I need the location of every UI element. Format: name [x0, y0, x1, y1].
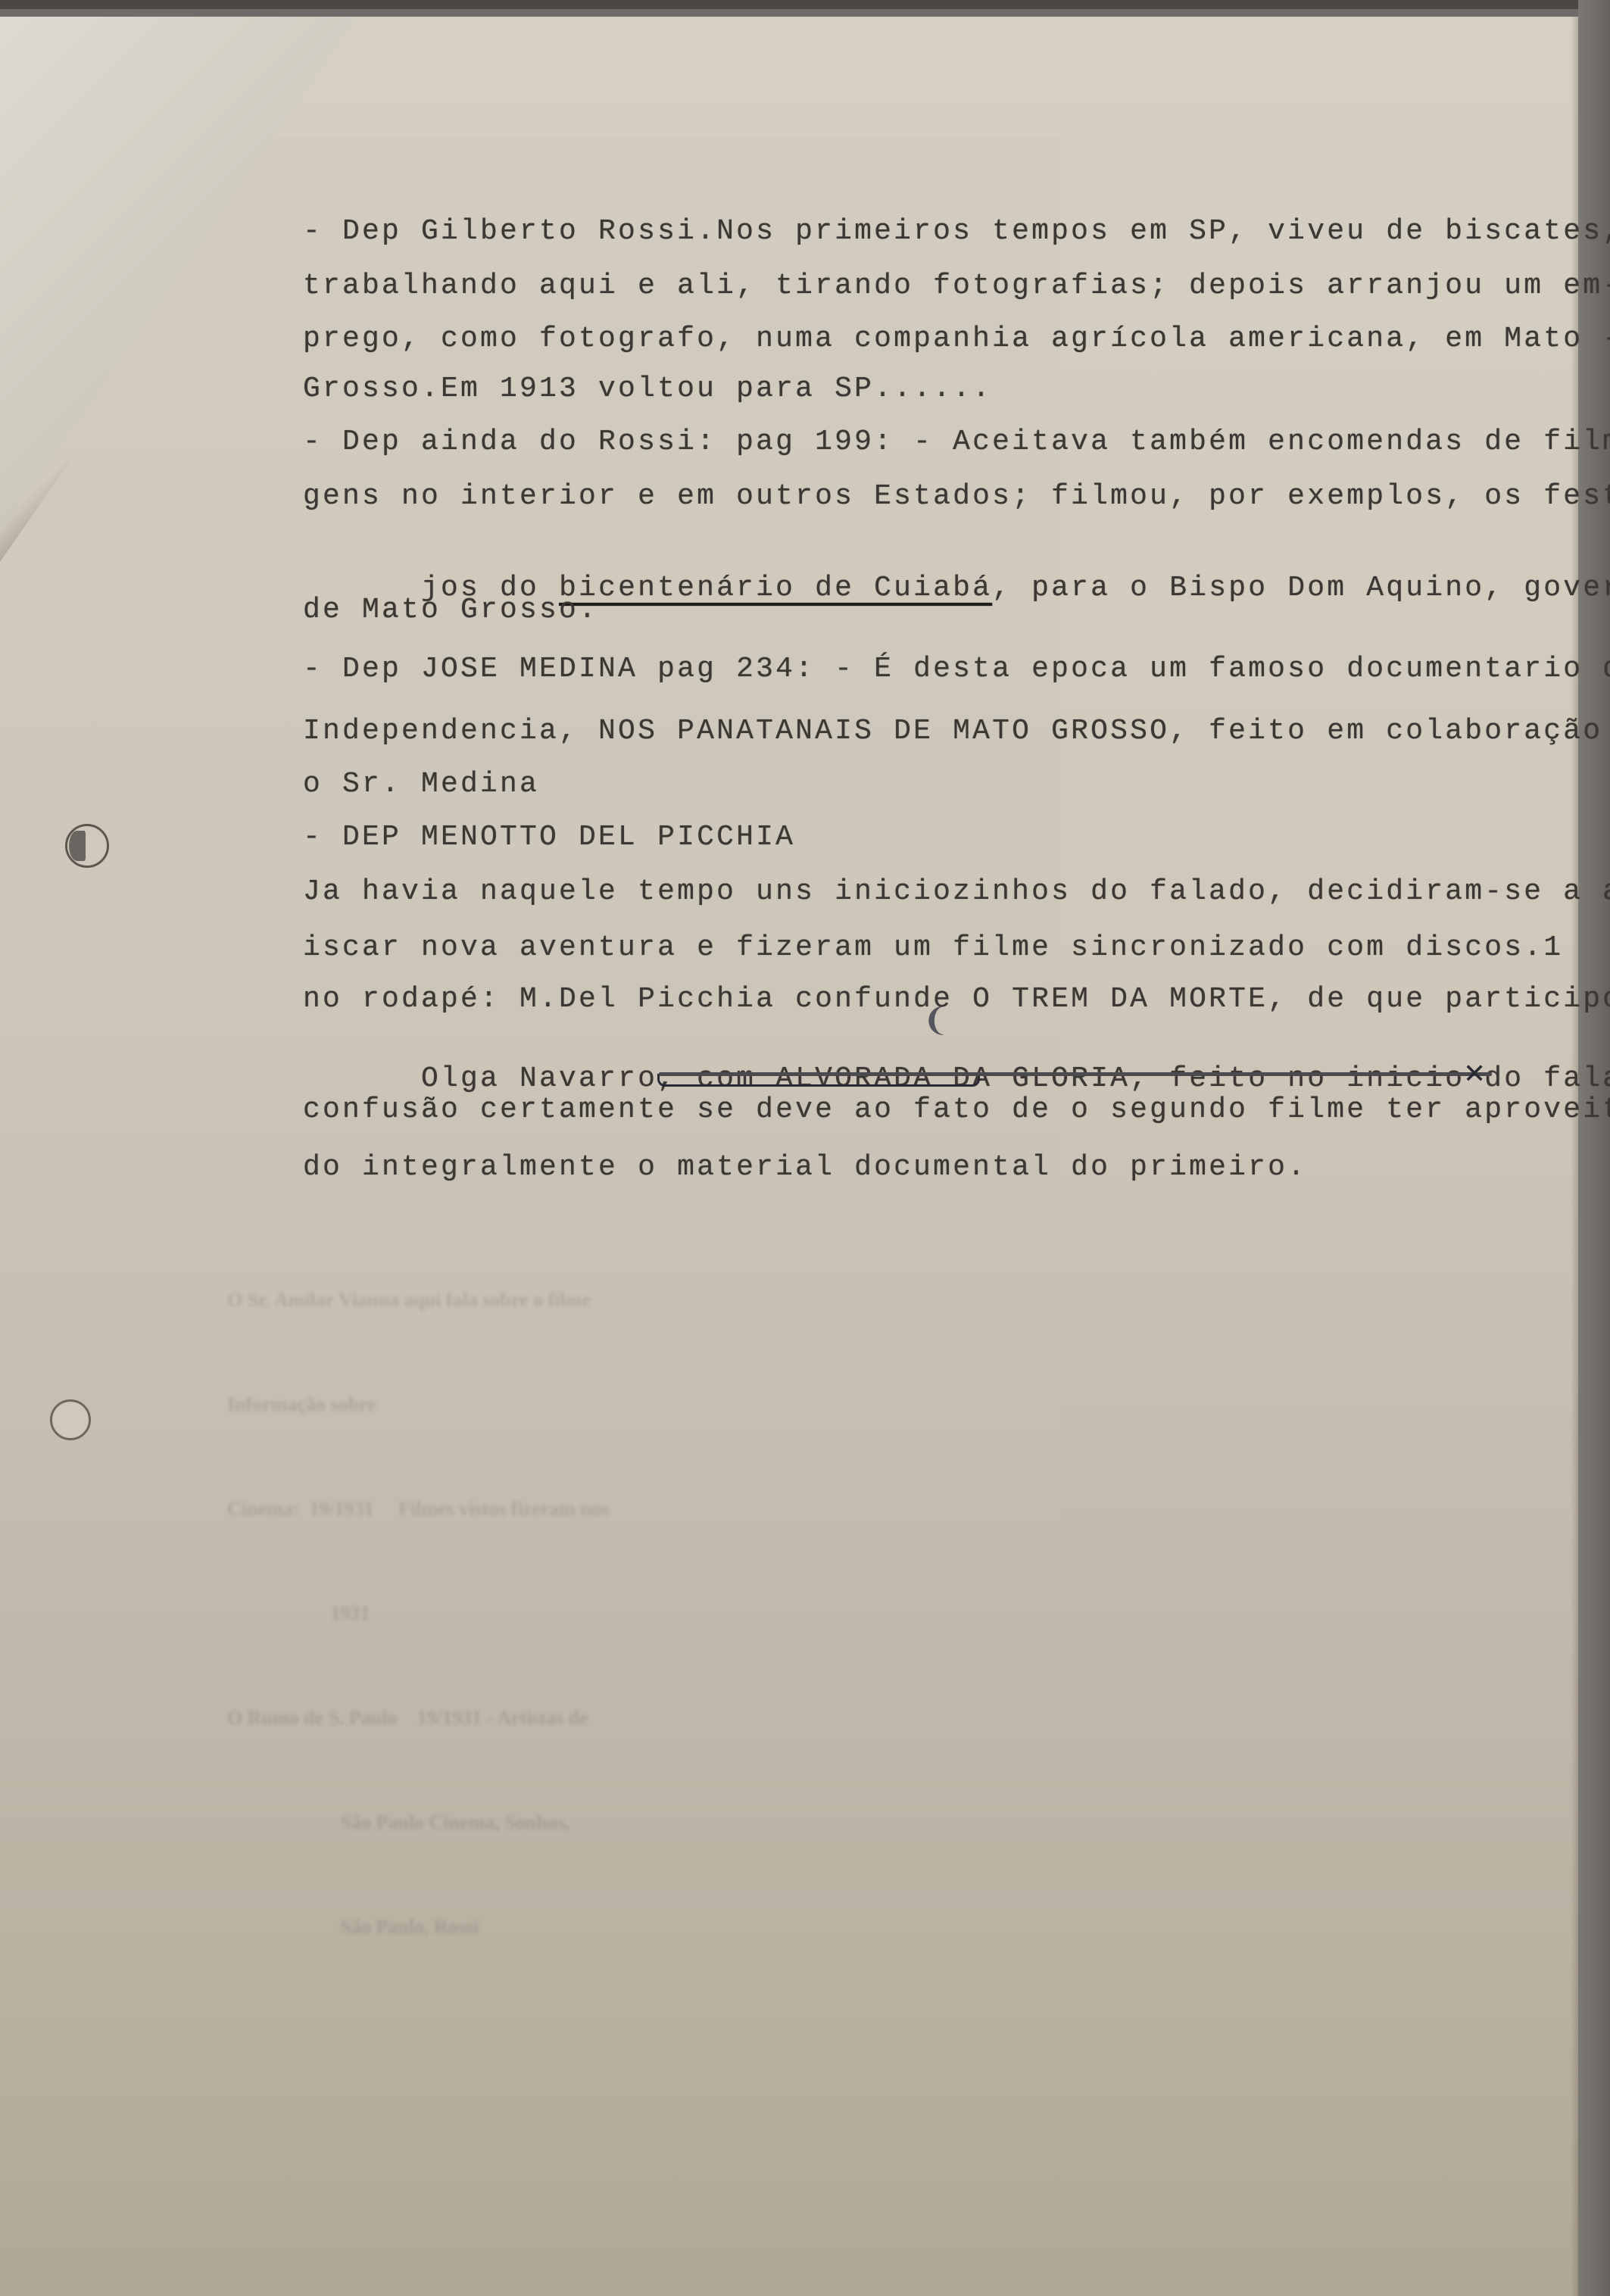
bleed-line: Cinema: 19/1931 Filmes vistos fizeram no… — [227, 1492, 609, 1527]
bleed-through-text: O Sr. Amilar Vianna aqui fala sobre o fi… — [227, 1213, 609, 2014]
text-line: trabalhando aqui e ali, tirando fotograf… — [303, 270, 1610, 302]
underlined-phrase: , feito no inicio do falado — [1130, 1062, 1610, 1095]
document-page: O Sr. Amilar Vianna aqui fala sobre o fi… — [0, 17, 1578, 2296]
text-segment: , para o Bispo Dom Aquino, governador — [992, 572, 1610, 604]
cross-mark-icon: ✕ — [1463, 1059, 1486, 1090]
background-top-strip — [0, 0, 1610, 9]
text-line: prego, como fotografo, numa companhia ag… — [303, 323, 1610, 355]
text-line: - Dep Gilberto Rossi.Nos primeiros tempo… — [303, 215, 1610, 248]
binder-hole-icon — [65, 824, 109, 868]
text-line: do integralmente o material documental d… — [303, 1151, 1307, 1184]
binder-hole-icon — [50, 1399, 91, 1440]
text-line: - Dep ainda do Rossi: pag 199: - Aceitav… — [303, 426, 1610, 458]
text-line: Independencia, NOS PANATANAIS DE MATO GR… — [303, 715, 1610, 747]
bleed-line: São Paulo, Rossi — [227, 1910, 609, 1945]
text-line: gens no interior e em outros Estados; fi… — [303, 480, 1610, 513]
text-line: no rodapé: M.Del Picchia confunde O TREM… — [303, 983, 1610, 1015]
pencil-underline — [659, 1072, 1492, 1076]
bleed-line: O Rumo de S. Paulo 19/1931 - Artistas de — [227, 1701, 609, 1736]
text-line: confusão certamente se deve ao fato de o… — [303, 1093, 1610, 1126]
text-line: - DEP MENOTTO DEL PICCHIA — [303, 821, 795, 853]
text-line: Grosso.Em 1913 voltou para SP...... — [303, 373, 992, 405]
underlined-phrase: bicentenário de Cuiabá — [559, 572, 992, 604]
bleed-line: São Paulo Cinema, Sonhos, — [227, 1805, 609, 1840]
bleed-line: Informação sobre — [227, 1387, 609, 1422]
text-line: o Sr. Medina — [303, 768, 539, 800]
text-line: iscar nova aventura e fizeram um filme s… — [303, 931, 1563, 964]
correction-mark-icon: ❨ — [922, 1001, 949, 1038]
text-line: de Mato Grosso. — [303, 594, 598, 626]
bleed-line: O Sr. Amilar Vianna aqui fala sobre o fi… — [227, 1283, 609, 1318]
text-line: - Dep JOSE MEDINA pag 234: - É desta epo… — [303, 653, 1610, 685]
text-line: Ja havia naquele tempo uns iniciozinhos … — [303, 875, 1610, 908]
bleed-line: 1931 — [227, 1596, 609, 1631]
